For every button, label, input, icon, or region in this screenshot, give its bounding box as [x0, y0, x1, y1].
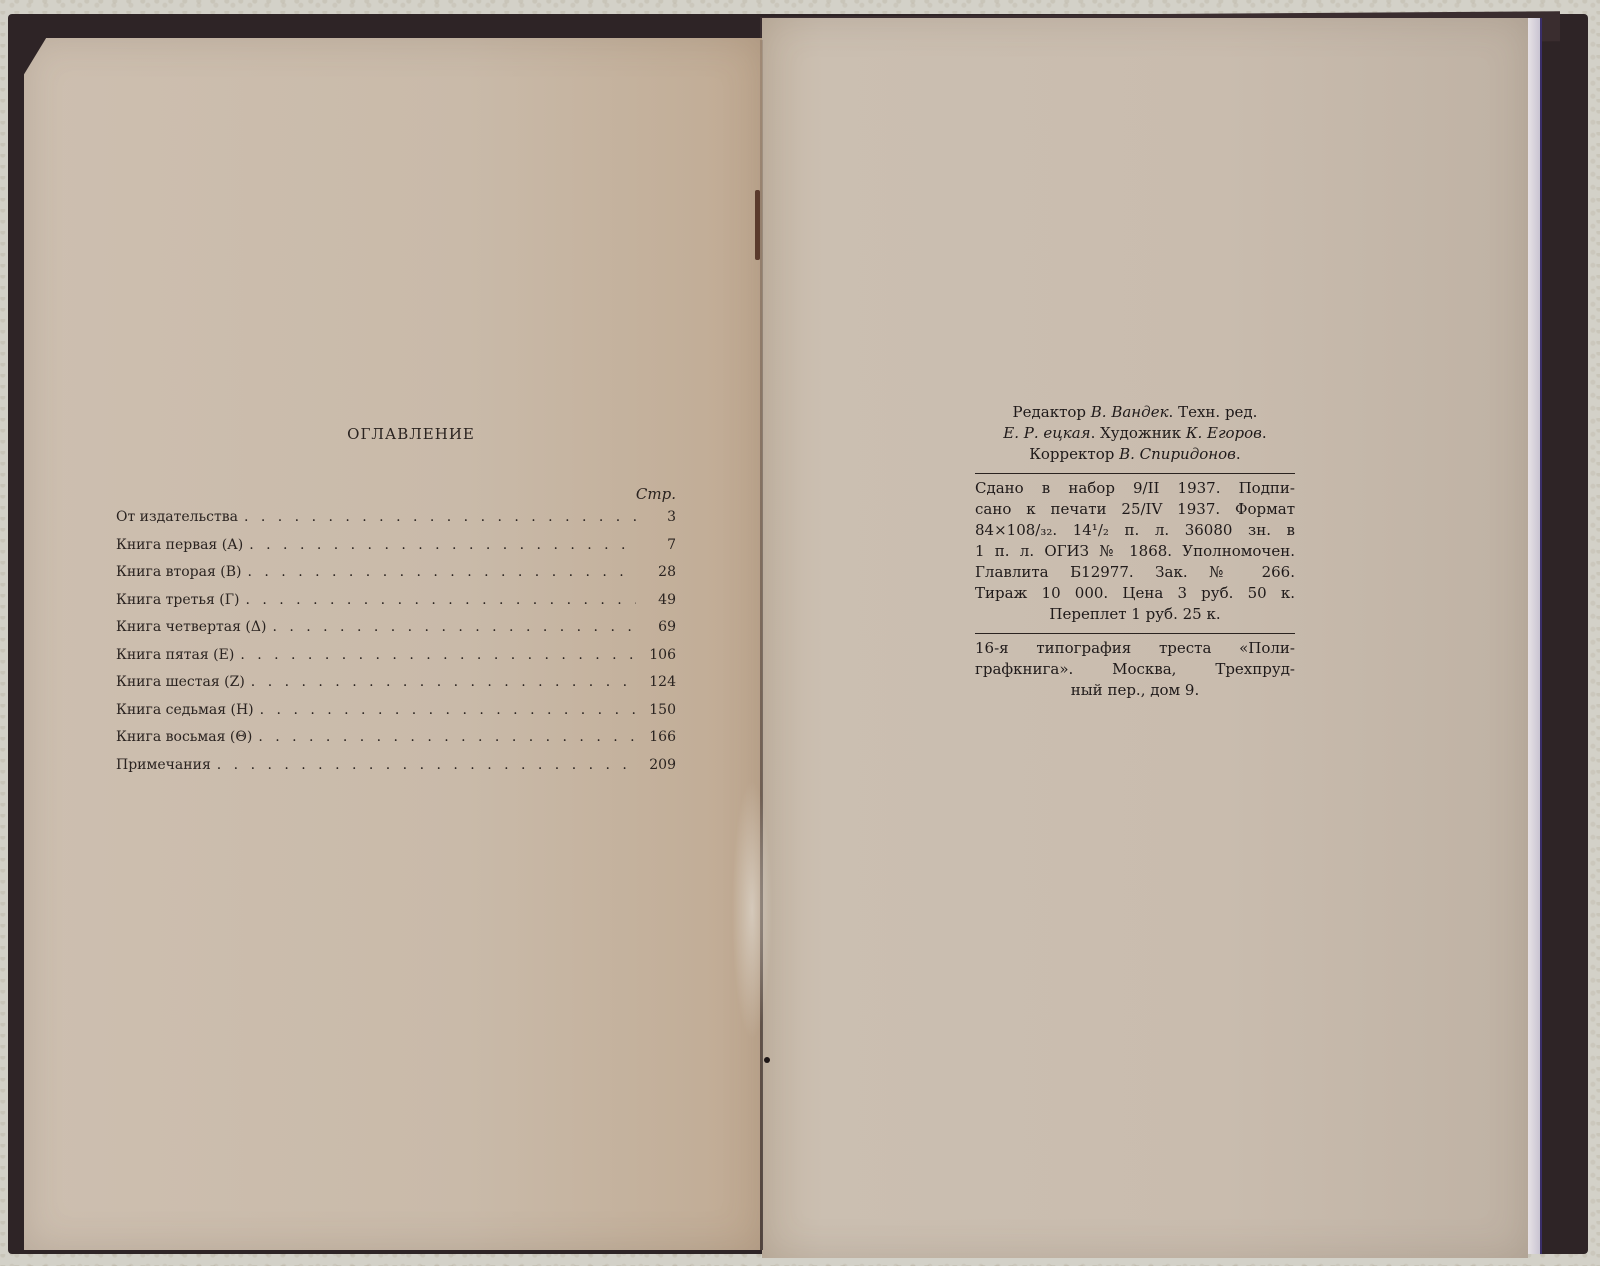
- credit-line-artist: Е. Р. ецкая. Художник К. Егоров.: [975, 423, 1295, 444]
- toc-entry-page: 166: [642, 729, 676, 745]
- toc-entry-page: 28: [642, 564, 676, 580]
- toc-entry: Книга вторая (В) 28: [116, 564, 676, 592]
- credit-line-editor: Редактор В. Вандек. Техн. ред.: [975, 402, 1295, 423]
- toc-entry-label: Книга вторая (В): [116, 564, 242, 580]
- credit-label: Корректор: [1029, 445, 1119, 463]
- artist-name: К. Егоров: [1186, 424, 1262, 442]
- credit-label: . Художник: [1091, 424, 1186, 442]
- toc-entry-label: Книга седьмая (Н): [116, 702, 254, 718]
- toc-leader-dots: [258, 729, 636, 745]
- toc-leader-dots: [249, 537, 636, 553]
- imprint-line: 84×108/₃₂. 14¹/₂ п. л. 36080 зн. в: [975, 520, 1295, 541]
- divider-rule: [975, 473, 1295, 474]
- divider-rule: [975, 633, 1295, 634]
- proofreader-name: В. Спиридонов: [1119, 445, 1236, 463]
- toc-entry: Книга шестая (Z) 124: [116, 674, 676, 702]
- printer-line: 16-я типография треста «Поли-: [975, 638, 1295, 659]
- toc-entry-page: 106: [642, 647, 676, 663]
- imprint-line: Сдано в набор 9/II 1937. Подпи-: [975, 478, 1295, 499]
- toc-leader-dots: [248, 564, 637, 580]
- toc-leader-dots: [272, 619, 636, 635]
- toc-entry-label: Книга третья (Г): [116, 592, 239, 608]
- toc-entries: От издательства 3 Книга первая (А) 7 Кни…: [116, 509, 676, 784]
- toc-entry-page: 7: [642, 537, 676, 553]
- toc-entry-label: Книга пятая (Е): [116, 647, 234, 663]
- toc-entry-page: 69: [642, 619, 676, 635]
- toc-entry-page: 209: [642, 757, 676, 773]
- toc-entry-label: Книга четвертая (Δ): [116, 619, 266, 635]
- toc-page-column-label: Стр.: [116, 485, 676, 503]
- toc-entry-page: 124: [642, 674, 676, 690]
- imprint-line: 1 п. л. ОГИЗ № 1868. Уполномочен.: [975, 541, 1295, 562]
- toc-leader-dots: [240, 647, 636, 663]
- toc-leader-dots: [251, 674, 636, 690]
- toc-entry: Примечания 209: [116, 757, 676, 785]
- toc-entry-label: Книга шестая (Z): [116, 674, 245, 690]
- book-gutter: [760, 40, 763, 1250]
- toc-entry: Книга седьмая (Н) 150: [116, 702, 676, 730]
- toc-leader-dots: [217, 757, 636, 773]
- toc-entry-label: Книга восьмая (Θ): [116, 729, 252, 745]
- editor-name: В. Вандек: [1091, 403, 1169, 421]
- credit-line-proofreader: Корректор В. Спиридонов.: [975, 444, 1295, 465]
- table-of-contents: ОГЛАВЛЕНИЕ Стр. От издательства 3 Книга …: [116, 425, 676, 784]
- toc-leader-dots: [244, 509, 636, 525]
- toc-entry: Книга восьмая (Θ) 166: [116, 729, 676, 757]
- toc-entry: Книга пятая (Е) 106: [116, 647, 676, 675]
- toc-entry-label: От издательства: [116, 509, 238, 525]
- credit-label: .: [1236, 445, 1241, 463]
- toc-entry: Книга первая (А) 7: [116, 537, 676, 565]
- imprint-line: Главлита Б12977. Зак. № 266.: [975, 562, 1295, 583]
- colophon: Редактор В. Вандек. Техн. ред. Е. Р. ецк…: [975, 402, 1295, 701]
- toc-entry: От издательства 3: [116, 509, 676, 537]
- gutter-highlight: [732, 780, 772, 1040]
- toc-entry-label: Книга первая (А): [116, 537, 243, 553]
- toc-entry-page: 150: [642, 702, 676, 718]
- gutter-stain: [755, 190, 760, 260]
- credit-label: .: [1262, 424, 1267, 442]
- imprint-line: Тираж 10 000. Цена 3 руб. 50 к.: [975, 583, 1295, 604]
- printer-address: ный пер., дом 9.: [975, 680, 1295, 701]
- page-block-edge: [1528, 18, 1542, 1254]
- imprint-price-binding: Переплет 1 руб. 25 к.: [975, 604, 1295, 625]
- printer-line: графкнига». Москва, Трехпруд-: [975, 659, 1295, 680]
- imprint-line: сано к печати 25/IV 1937. Формат: [975, 499, 1295, 520]
- toc-leader-dots: [260, 702, 636, 718]
- credit-label: . Техн. ред.: [1169, 403, 1258, 421]
- toc-entry-page: 49: [642, 592, 676, 608]
- toc-entry: Книга четвертая (Δ) 69: [116, 619, 676, 647]
- toc-entry-label: Примечания: [116, 757, 211, 773]
- toc-entry-page: 3: [642, 509, 676, 525]
- credit-label: Редактор: [1013, 403, 1091, 421]
- paper-spot: [764, 1057, 770, 1063]
- toc-entry: Книга третья (Г) 49: [116, 592, 676, 620]
- tech-editor-name: Е. Р. ецкая: [1003, 424, 1090, 442]
- toc-title: ОГЛАВЛЕНИЕ: [116, 425, 676, 443]
- toc-leader-dots: [245, 592, 636, 608]
